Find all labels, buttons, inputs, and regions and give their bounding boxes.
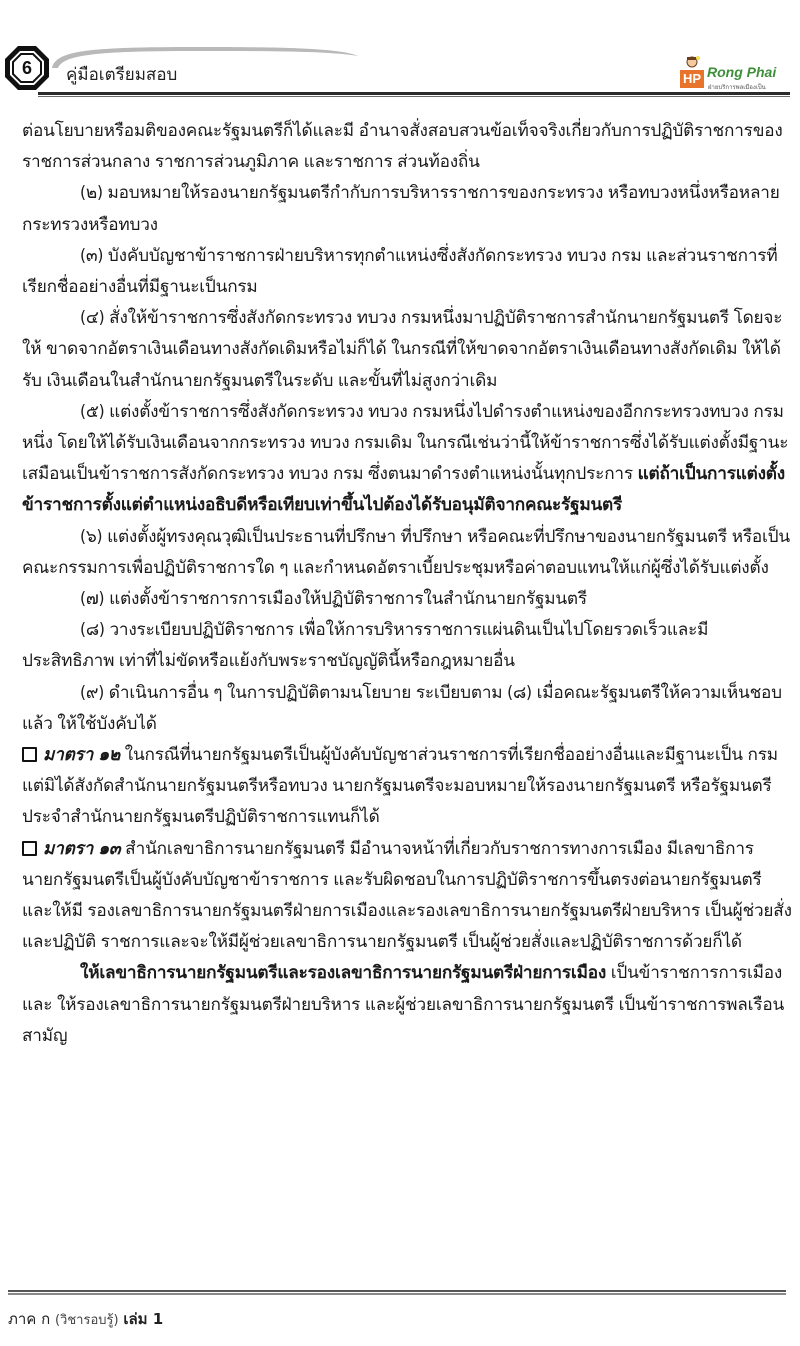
paragraph-item-8: (๘) วางระเบียบปฏิบัติราชการ เพื่อให้การบ… (22, 615, 792, 677)
paragraph-item-2: (๒) มอบหมายให้รองนายกรัฐมนตรีกำกับการบริ… (22, 178, 792, 240)
page-number-badge: 6 (4, 45, 50, 91)
paragraph-item-9: (๙) ดำเนินการอื่น ๆ ในการปฏิบัติตามนโยบา… (22, 678, 792, 740)
header-divider (38, 92, 790, 97)
page-header: 6 คู่มือเตรียมสอบ HP Rong Phai ฝ่ายบริกา… (0, 0, 800, 100)
paragraph: ต่อนโยบายหรือมติของคณะรัฐมนตรีก็ได้และมี… (22, 116, 792, 178)
footer-divider (8, 1290, 786, 1295)
paragraph-item-6: (๖) แต่งตั้งผู้ทรงคุณวุฒิเป็นประธานที่ปร… (22, 522, 792, 584)
section-text: ในกรณีที่นายกรัฐมนตรีเป็นผู้บังคับบัญชาส… (22, 745, 778, 827)
footer-part: ภาค ก (8, 1310, 50, 1328)
logo-mark: HP (680, 70, 704, 88)
book-title: คู่มือเตรียมสอบ (66, 61, 177, 88)
paragraph-item-5: (๕) แต่งตั้งข้าราชการซึ่งสังกัดกระทรวง ท… (22, 397, 792, 522)
footer-volume: เล่ม 1 (123, 1310, 163, 1328)
footer-subject: (วิชารอบรู้) (55, 1313, 119, 1328)
section-label: มาตรา ๑๒ (43, 745, 120, 765)
document-body: ต่อนโยบายหรือมติของคณะรัฐมนตรีก็ได้และมี… (22, 116, 792, 1052)
publisher-logo: HP Rong Phai ฝ่ายบริการพลเมืองเป็น (680, 62, 798, 92)
mascot-icon (684, 56, 700, 70)
checkbox-icon (22, 841, 37, 856)
checkbox-icon (22, 747, 37, 762)
emphasis-text: ให้เลขาธิการนายกรัฐมนตรีและรองเลขาธิการน… (80, 963, 606, 983)
closing-paragraph: ให้เลขาธิการนายกรัฐมนตรีและรองเลขาธิการน… (22, 958, 792, 1052)
section-label: มาตรา ๑๓ (43, 839, 120, 859)
paragraph-item-4: (๔) สั่งให้ข้าราชการซึ่งสังกัดกระทรวง ทบ… (22, 303, 792, 397)
section-13: มาตรา ๑๓ สำนักเลขาธิการนายกรัฐมนตรี มีอำ… (22, 834, 792, 959)
section-12: มาตรา ๑๒ ในกรณีที่นายกรัฐมนตรีเป็นผู้บัง… (22, 740, 792, 834)
logo-subtitle: ฝ่ายบริการพลเมืองเป็น (708, 82, 766, 92)
page-number: 6 (4, 45, 50, 91)
paragraph-item-3: (๓) บังคับบัญชาข้าราชการฝ่ายบริหารทุกตำแ… (22, 241, 792, 303)
page-footer: ภาค ก (วิชารอบรู้) เล่ม 1 (8, 1307, 163, 1331)
section-text: สำนักเลขาธิการนายกรัฐมนตรี มีอำนาจหน้าที… (22, 839, 792, 953)
paragraph-item-7: (๗) แต่งตั้งข้าราชการการเมืองให้ปฏิบัติร… (22, 584, 792, 615)
logo-name: Rong Phai (707, 64, 776, 80)
